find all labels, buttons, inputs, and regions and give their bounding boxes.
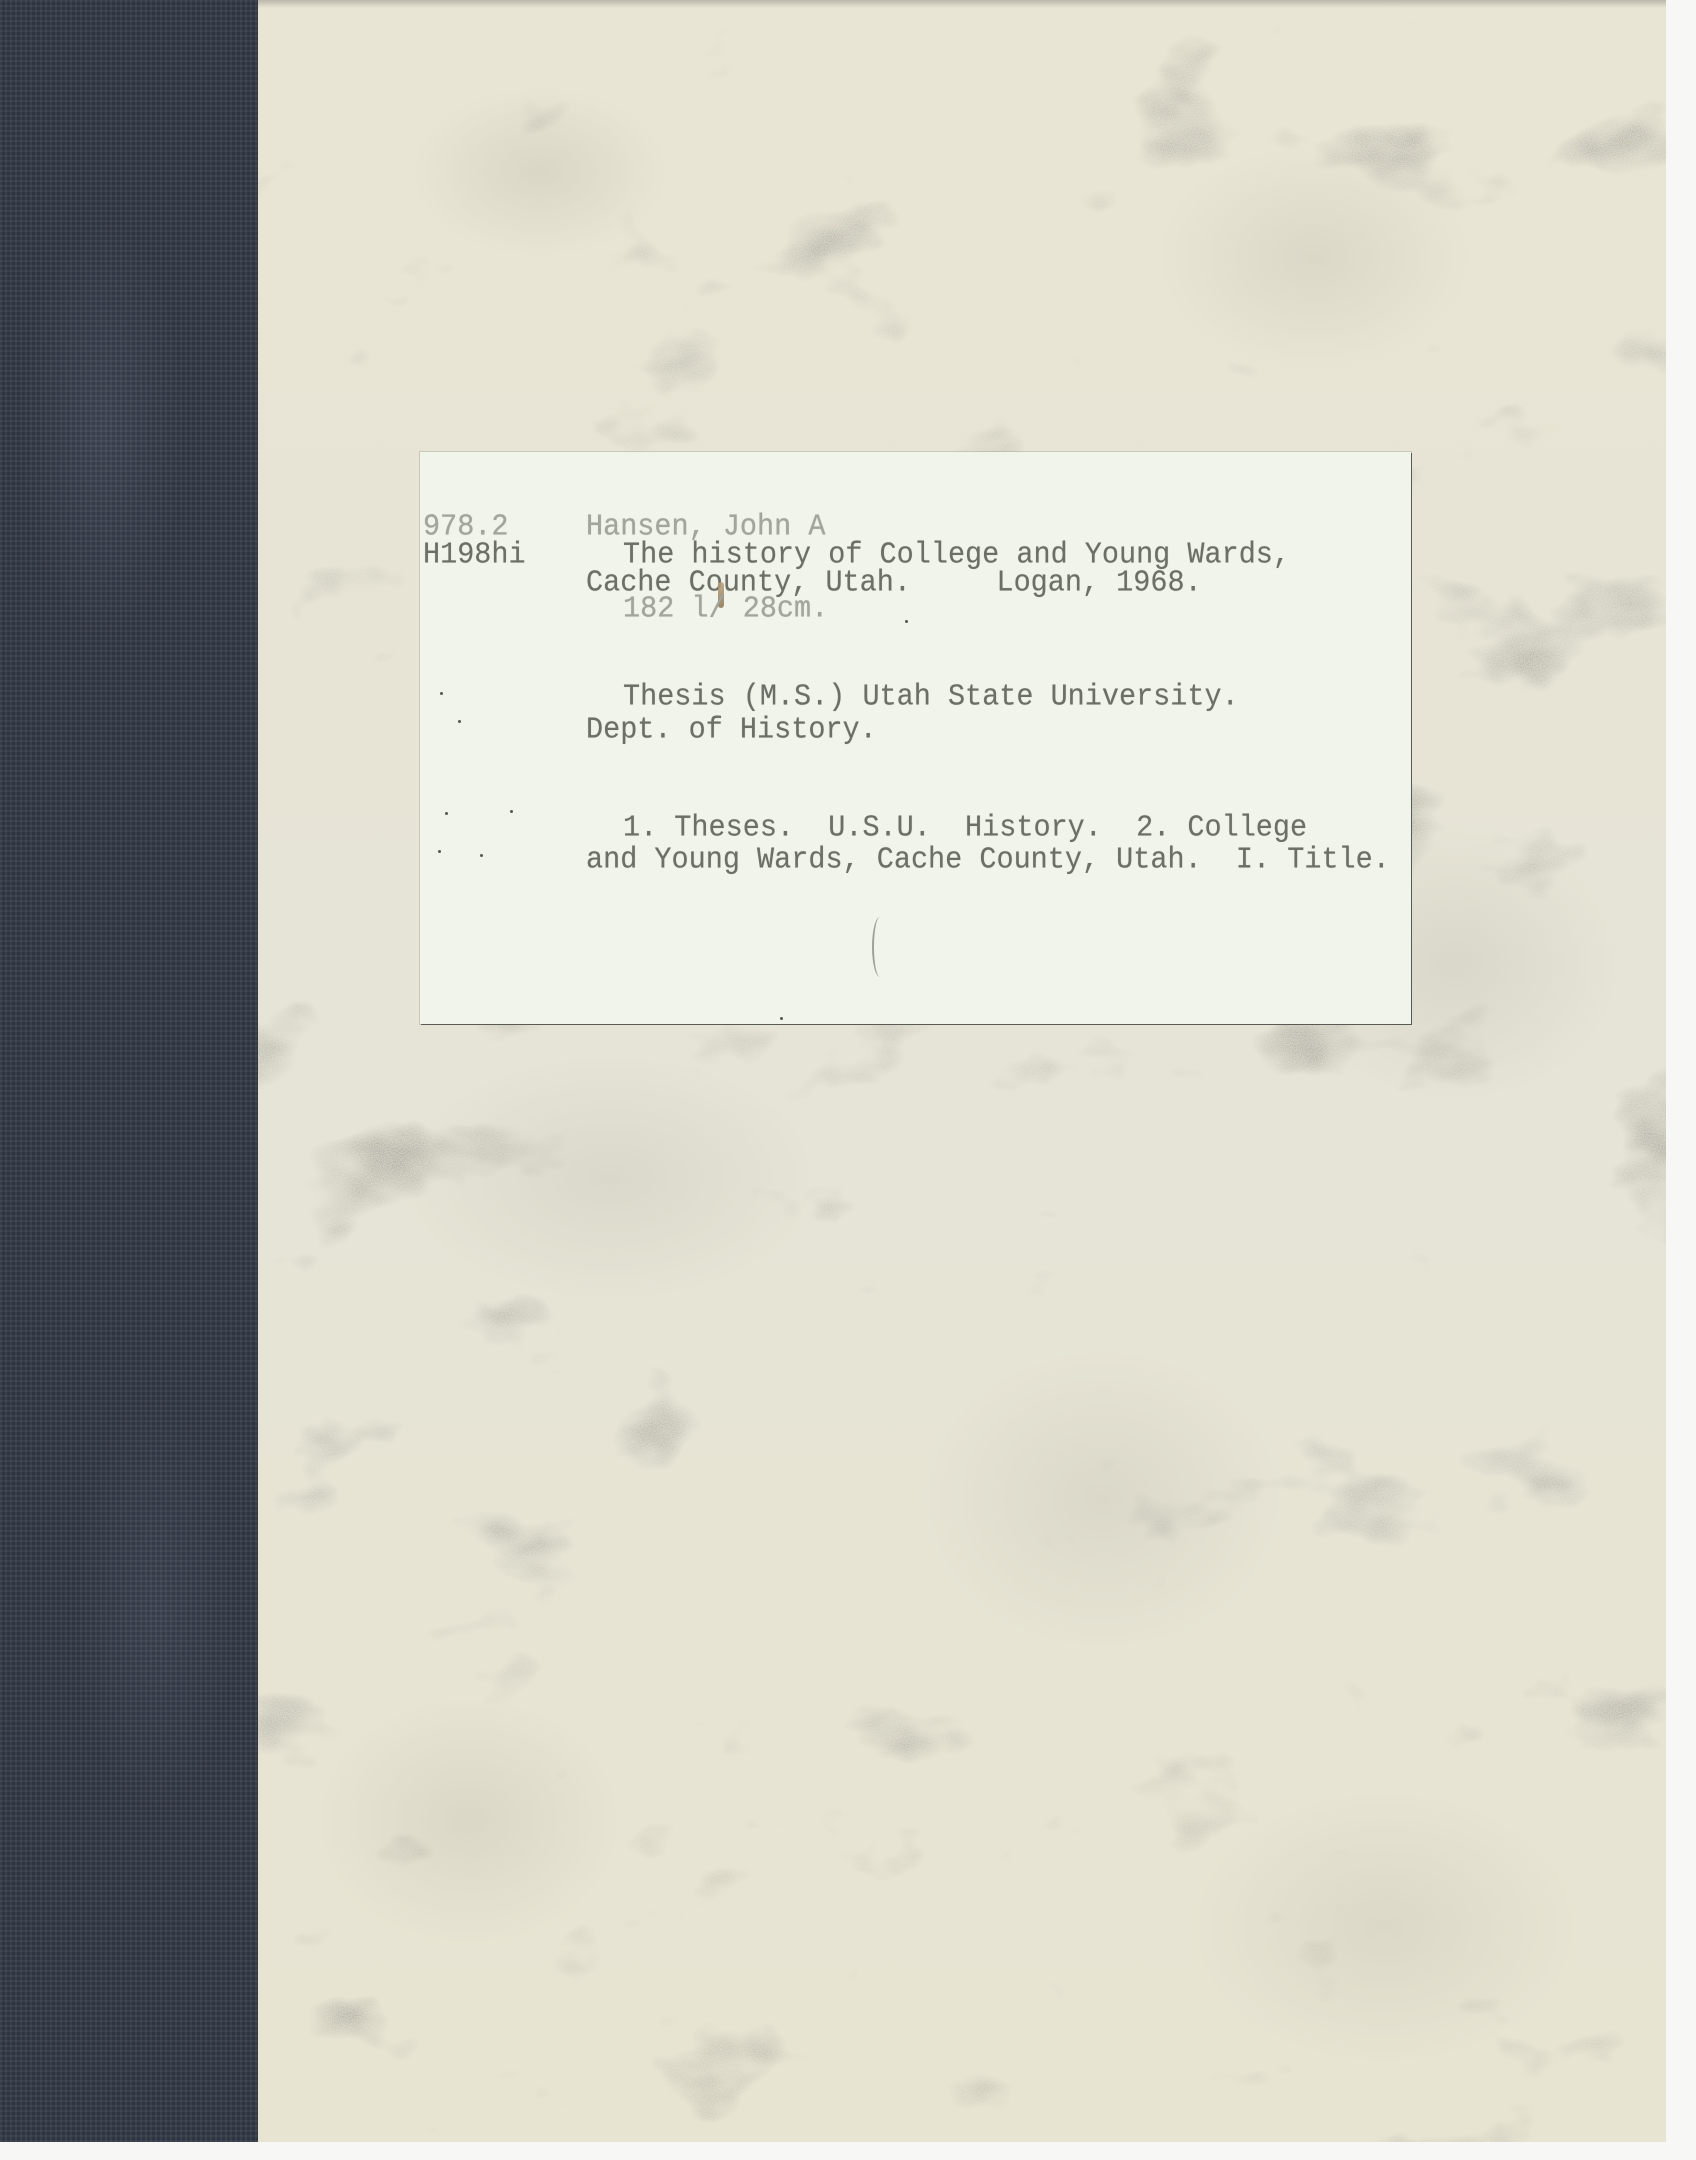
top-edge-shadow: [258, 0, 1666, 8]
speck: [438, 850, 441, 853]
note-line-2: Dept. of History.: [586, 714, 877, 746]
collation: 182 l/ 28cm.: [623, 593, 828, 625]
speck: [458, 720, 461, 723]
speck: [445, 812, 448, 815]
tracing-line-1: 1. Theses. U.S.U. History. 2. College: [623, 812, 1307, 844]
speck: [440, 692, 443, 695]
speck: [780, 1017, 783, 1020]
catalog-card-label: 978.2 Hansen, John A H198hi The history …: [420, 452, 1411, 1024]
thesis-book: 978.2 Hansen, John A H198hi The history …: [0, 0, 1666, 2142]
note-line-1: Thesis (M.S.) Utah State University.: [623, 681, 1239, 713]
pencil-paren-mark: [872, 917, 888, 977]
cloth-spine: [0, 0, 258, 2142]
speck: [905, 620, 908, 623]
call-number-cutter: H198hi: [423, 539, 526, 571]
speck: [510, 810, 513, 813]
marble-pattern: [258, 0, 1666, 2142]
tracing-line-2: and Young Wards, Cache County, Utah. I. …: [586, 844, 1390, 876]
speck: [480, 854, 483, 857]
marbled-cover: [258, 0, 1666, 2142]
